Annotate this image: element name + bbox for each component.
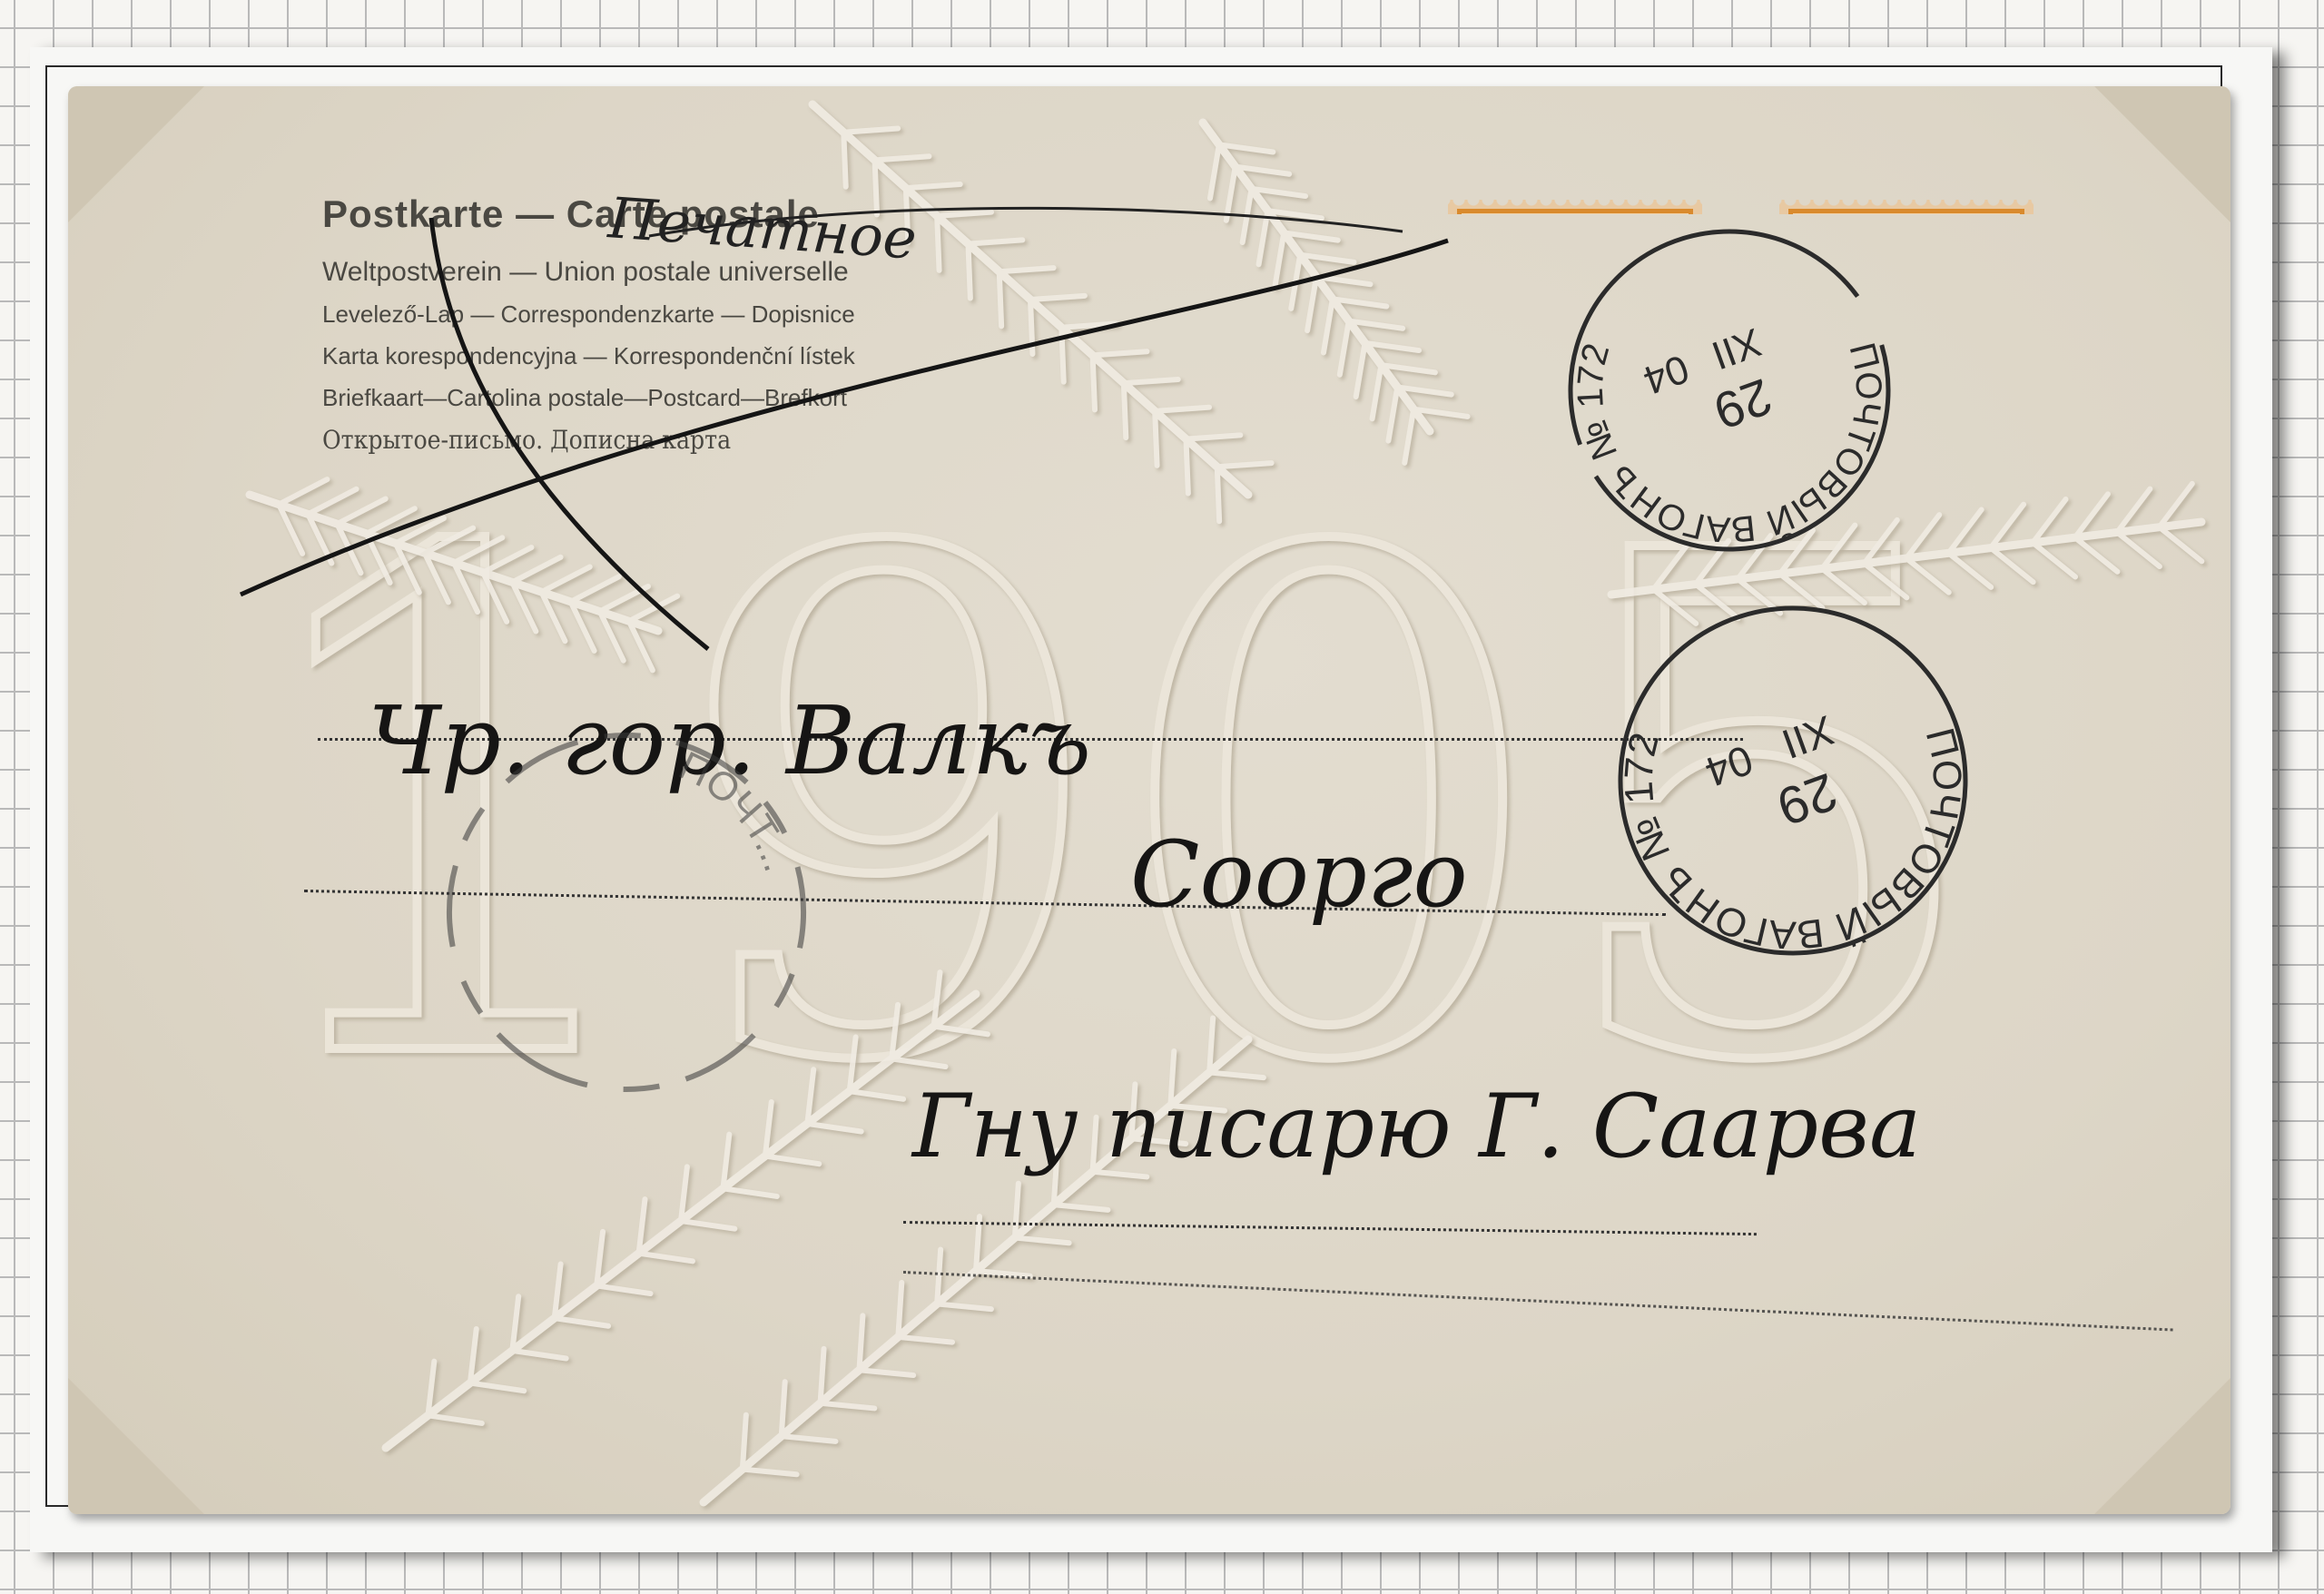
postmark-month: XII [1776,706,1840,768]
postmark-day: 29 [1769,762,1845,837]
postmark-year: 04 [1699,736,1759,796]
postmark-faint-transit: ПОЧТ... [427,713,826,1112]
postmark-year: 04 [1638,346,1695,403]
stamp-value: 1 [1964,219,2014,270]
postmark-cancel-2: ПОЧТОВЫЙ ВАГОНЪ № 172 29 XII 04 [1602,590,1984,971]
postmark-day: 29 [1707,368,1779,441]
postmark-cancel-1: ПОЧТОВЫЙ ВАГОНЪ № 172 29 XII 04 [1557,218,1902,563]
address-line-district: Соорго [1130,822,1468,928]
address-line-recipient: Гну писарю Г. Саарва [912,1076,1921,1177]
postcard: 1905 Postkarte — Carte postale Weltpostv… [68,86,2230,1514]
stamp-value: 1 [1467,219,1518,270]
